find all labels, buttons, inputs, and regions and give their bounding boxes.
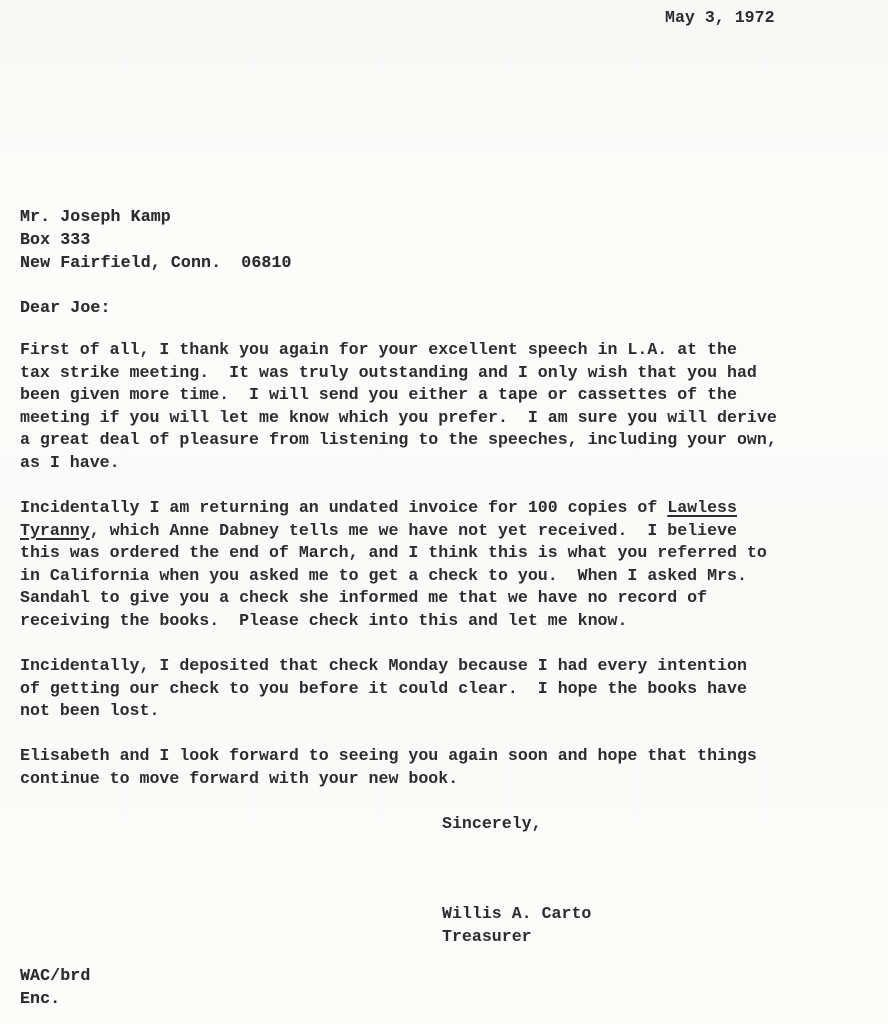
letter-date: May 3, 1972 — [665, 8, 775, 27]
salutation: Dear Joe: — [20, 297, 111, 320]
closing: Sincerely, — [442, 813, 542, 836]
paragraph-line: receiving the books. Please check into t… — [20, 610, 767, 633]
paragraph-line: not been lost. — [20, 700, 747, 723]
paragraph-line-text: , which Anne Dabney tells me we have not… — [90, 521, 737, 540]
paragraph-2: Incidentally I am returning an undated i… — [20, 497, 767, 633]
paragraph-1: First of all, I thank you again for your… — [20, 339, 777, 475]
recipient-address-line1: Box 333 — [20, 229, 90, 252]
book-title: Lawless — [667, 498, 737, 517]
paragraph-line: a great deal of pleasure from listening … — [20, 429, 777, 452]
paragraph-line: continue to move forward with your new b… — [20, 768, 757, 791]
enclosure-notation: Enc. — [20, 988, 60, 1011]
paragraph-line: meeting if you will let me know which yo… — [20, 407, 777, 430]
paragraph-line: as I have. — [20, 452, 777, 475]
paragraph-line: in California when you asked me to get a… — [20, 565, 767, 588]
paragraph-line: Incidentally, I deposited that check Mon… — [20, 655, 747, 678]
signer-name: Willis A. Carto — [442, 903, 591, 926]
paragraph-line: tax strike meeting. It was truly outstan… — [20, 362, 777, 385]
recipient-name: Mr. Joseph Kamp — [20, 206, 171, 229]
paragraph-line: Incidentally I am returning an undated i… — [20, 497, 767, 520]
paragraph-3: Incidentally, I deposited that check Mon… — [20, 655, 747, 723]
signer-title: Treasurer — [442, 926, 532, 949]
paragraph-line-text: Incidentally I am returning an undated i… — [20, 498, 667, 517]
paragraph-line: of getting our check to you before it co… — [20, 678, 747, 701]
paragraph-line: Tyranny, which Anne Dabney tells me we h… — [20, 520, 767, 543]
paragraph-line: this was ordered the end of March, and I… — [20, 542, 767, 565]
paragraph-4: Elisabeth and I look forward to seeing y… — [20, 745, 757, 790]
recipient-address-line2: New Fairfield, Conn. 06810 — [20, 252, 292, 275]
book-title: Tyranny — [20, 521, 90, 540]
paragraph-line: been given more time. I will send you ei… — [20, 384, 777, 407]
letter-page: May 3, 1972 Mr. Joseph Kamp Box 333 New … — [0, 0, 888, 1024]
paragraph-line: First of all, I thank you again for your… — [20, 339, 777, 362]
reference-initials: WAC/brd — [20, 965, 90, 988]
paragraph-line: Sandahl to give you a check she informed… — [20, 587, 767, 610]
paragraph-line: Elisabeth and I look forward to seeing y… — [20, 745, 757, 768]
